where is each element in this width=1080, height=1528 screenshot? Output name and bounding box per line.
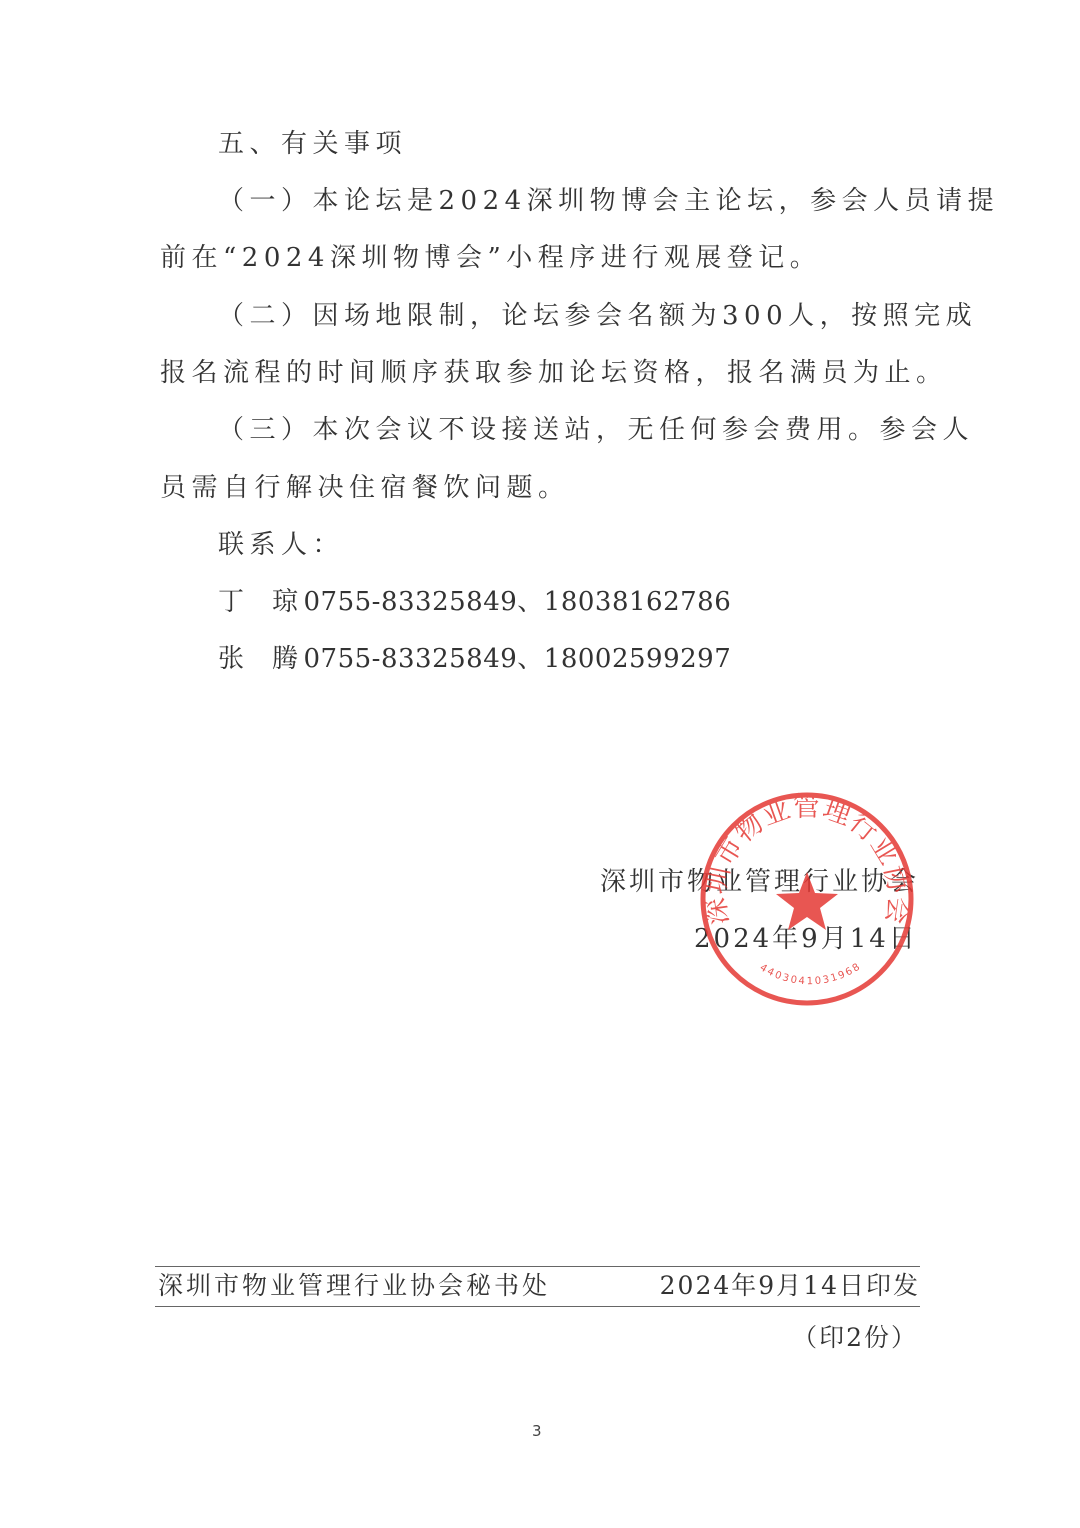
paragraph-1-line-2: 前在“2024深圳物博会”小程序进行观展登记。 (160, 242, 821, 274)
page-number: 3 (532, 1422, 542, 1440)
paragraph-3-line-1: （三）本次会议不设接送站，无任何参会费用。参会人 (218, 414, 974, 446)
footer-issue-date: 2024年9月14日印发 (660, 1270, 920, 1302)
document-page: 五、有关事项 （一）本论坛是2024深圳物博会主论坛，参会人员请提 前在“202… (0, 0, 1080, 1528)
signature-organization: 深圳市物业管理行业协会 (600, 866, 919, 898)
contact-phones: 0755-83325849、18002599297 (304, 643, 732, 675)
contact-row-2: 张 腾 0755-83325849、18002599297 (218, 643, 731, 675)
signature-date: 2024年9月14日 (694, 923, 918, 955)
contact-name-first: 丁 (218, 586, 246, 618)
contact-name-last: 腾 (272, 643, 304, 675)
official-seal-stamp: 深圳市物业管理行业协会 4403041031968 (698, 790, 916, 1008)
paragraph-1-line-1: （一）本论坛是2024深圳物博会主论坛，参会人员请提 (218, 185, 999, 217)
paragraph-3-line-2: 员需自行解决住宿餐饮问题。 (160, 472, 570, 504)
copies-count: （印2份） (792, 1322, 918, 1354)
stamp-code: 4403041031968 (758, 961, 864, 988)
stamp-text: 深圳市物业管理行业协会 (700, 792, 914, 927)
footer-issuer: 深圳市物业管理行业协会秘书处 (158, 1270, 550, 1302)
paragraph-2-line-2: 报名流程的时间顺序获取参加论坛资格，报名满员为止。 (160, 357, 948, 389)
contacts-label: 联系人： (218, 529, 344, 561)
footer-bottom-rule (155, 1306, 920, 1307)
section-heading: 五、有关事项 (218, 128, 407, 160)
svg-text:深圳市物业管理行业协会: 深圳市物业管理行业协会 (700, 792, 914, 927)
contact-name-first: 张 (218, 643, 246, 675)
contact-phones: 0755-83325849、18038162786 (304, 586, 732, 618)
contact-name-last: 琼 (272, 586, 304, 618)
paragraph-2-line-1: （二）因场地限制，论坛参会名额为300人，按照完成 (218, 300, 977, 332)
svg-text:4403041031968: 4403041031968 (758, 961, 864, 988)
contact-row-1: 丁 琼 0755-83325849、18038162786 (218, 586, 731, 618)
footer-top-rule (155, 1266, 920, 1267)
